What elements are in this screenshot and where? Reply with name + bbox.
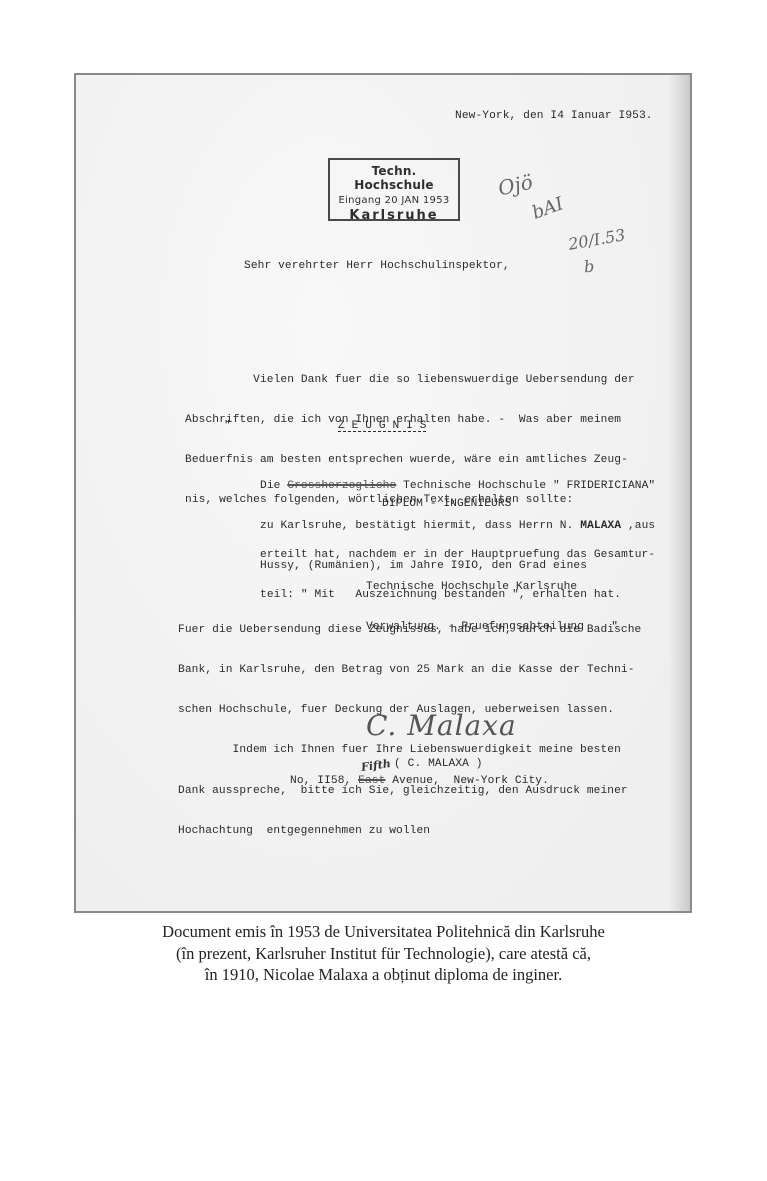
text-line: Die Grossherzogliche Technische Hochschu… xyxy=(260,480,655,493)
typed-name: ( C. MALAXA ) xyxy=(394,758,483,771)
caption-line: în 1910, Nicolae Malaxa a obținut diplom… xyxy=(0,964,767,986)
text-segment: Die xyxy=(260,480,287,492)
text-segment: Technische Hochschule " FRIDERICIANA" xyxy=(396,480,655,492)
handwritten-note: 20/I.53 xyxy=(567,225,627,254)
open-quote: " xyxy=(224,420,231,433)
stamp-line-2: Eingang 20 JAN 1953 xyxy=(330,195,458,206)
figure-caption: Document emis în 1953 de Universitatea P… xyxy=(0,921,767,986)
handwritten-note: b xyxy=(583,257,595,277)
handwritten-note: bAI xyxy=(529,193,566,224)
receipt-stamp: Techn. Hochschule Eingang 20 JAN 1953 Ka… xyxy=(328,158,460,221)
degree-title: DIPLOM - INGENIEURS xyxy=(382,498,511,511)
text-line: Vielen Dank fuer die so liebenswuerdige … xyxy=(185,374,635,387)
caption-line: (în prezent, Karlsruher Institut für Tec… xyxy=(0,943,767,965)
text-line: Bank, in Karlsruhe, den Betrag von 25 Ma… xyxy=(178,664,641,677)
struck-text: East xyxy=(358,775,385,787)
document-scan-frame: New-York, den I4 Ianuar I953. Techn. Hoc… xyxy=(74,73,692,913)
letter-page: New-York, den I4 Ianuar I953. Techn. Hoc… xyxy=(76,75,690,911)
text-line: Hochachtung entgegennehmen zu wollen xyxy=(178,825,641,838)
caption-line: Document emis în 1953 de Universitatea P… xyxy=(0,921,767,943)
text-segment: No, II58, xyxy=(290,775,358,787)
text-line: Technische Hochschule Karlsruhe xyxy=(366,581,618,594)
handwritten-note: Ojö xyxy=(496,170,535,201)
stamp-line-3: Karlsruhe xyxy=(330,208,458,223)
struck-text: Grossherzogliche xyxy=(287,480,396,492)
address-line: No, II58, East Avenue, New-York City. xyxy=(290,775,549,788)
stamp-line-1: Techn. Hochschule xyxy=(330,164,458,192)
text-segment: Avenue, New-York City. xyxy=(385,775,549,787)
salutation: Sehr verehrter Herr Hochschulinspektor, xyxy=(244,260,510,273)
date-line: New-York, den I4 Ianuar I953. xyxy=(455,110,653,123)
certificate-title: Z E U G N I S xyxy=(338,420,427,433)
handwritten-signature: C. Malaxa xyxy=(366,709,517,742)
text-line: Fuer die Uebersendung diese Zeugnisses, … xyxy=(178,624,641,637)
text-line: Indem ich Ihnen fuer Ihre Liebenswuerdig… xyxy=(178,744,641,757)
